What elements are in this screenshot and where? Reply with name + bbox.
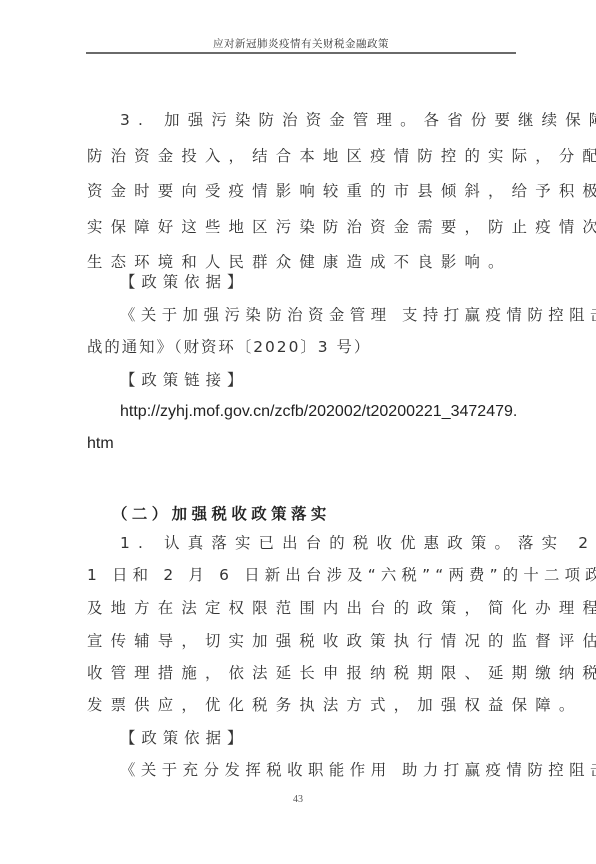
policy-basis-label: 【政策依据】 (120, 271, 550, 293)
paragraph-line: 防治资金投入，结合本地区疫情防控的实际，分配污染防治 (87, 145, 517, 167)
policy-basis-citation: 《关于加强污染防治资金管理 支持打赢疫情防控阻击 (120, 304, 550, 326)
policy-basis-citation: 《关于充分发挥税收职能作用 助力打赢疫情防控阻击 (120, 759, 550, 781)
paragraph-line: 收管理措施，依法延长申报纳税期限、延期缴纳税款，保障 (87, 662, 517, 684)
paragraph-line: 生态环境和人民群众健康造成不良影响。 (87, 251, 517, 273)
policy-link-url[interactable]: http://zyhj.mof.gov.cn/zcfb/202002/t2020… (120, 401, 550, 423)
paragraph-line: 1. 认真落实已出台的税收优惠政策。落实 2020 年 2 月 (120, 532, 550, 554)
policy-link-label: 【政策链接】 (120, 369, 550, 391)
paragraph-line: 资金时要向受疫情影响较重的市县倾斜，给予积极支持，切 (87, 180, 517, 202)
running-header: 应对新冠肺炎疫情有关财税金融政策 (86, 36, 516, 51)
policy-basis-citation: 战的通知》（财资环〔2020〕3 号） (87, 336, 517, 358)
paragraph-line: 发票供应，优化税务执法方式，加强权益保障。 (87, 694, 517, 716)
policy-basis-label: 【政策依据】 (120, 727, 550, 749)
paragraph-line: 3. 加强污染防治资金管理。各省份要继续保障财政污染 (120, 109, 550, 131)
document-page: 应对新冠肺炎疫情有关财税金融政策 3. 加强污染防治资金管理。各省份要继续保障财… (0, 0, 596, 864)
header-rule (86, 52, 516, 54)
paragraph-line: 宣传辅导，切实加强税收政策执行情况的监督评估。调整税 (87, 630, 517, 652)
paragraph-line: 实保障好这些地区污染防治资金需要，防止疫情次生灾害对 (87, 216, 517, 238)
page-number: 43 (0, 794, 596, 805)
paragraph-line: 1 日和 2 月 6 日新出台涉及“六税”“两费”的十二项政策以 (87, 564, 517, 586)
paragraph-line: 及地方在法定权限范围内出台的政策，简化办理程序，网上 (87, 597, 517, 619)
policy-link-url-continued[interactable]: htm (87, 433, 517, 455)
section-heading: （二）加强税收政策落实 (112, 503, 542, 525)
